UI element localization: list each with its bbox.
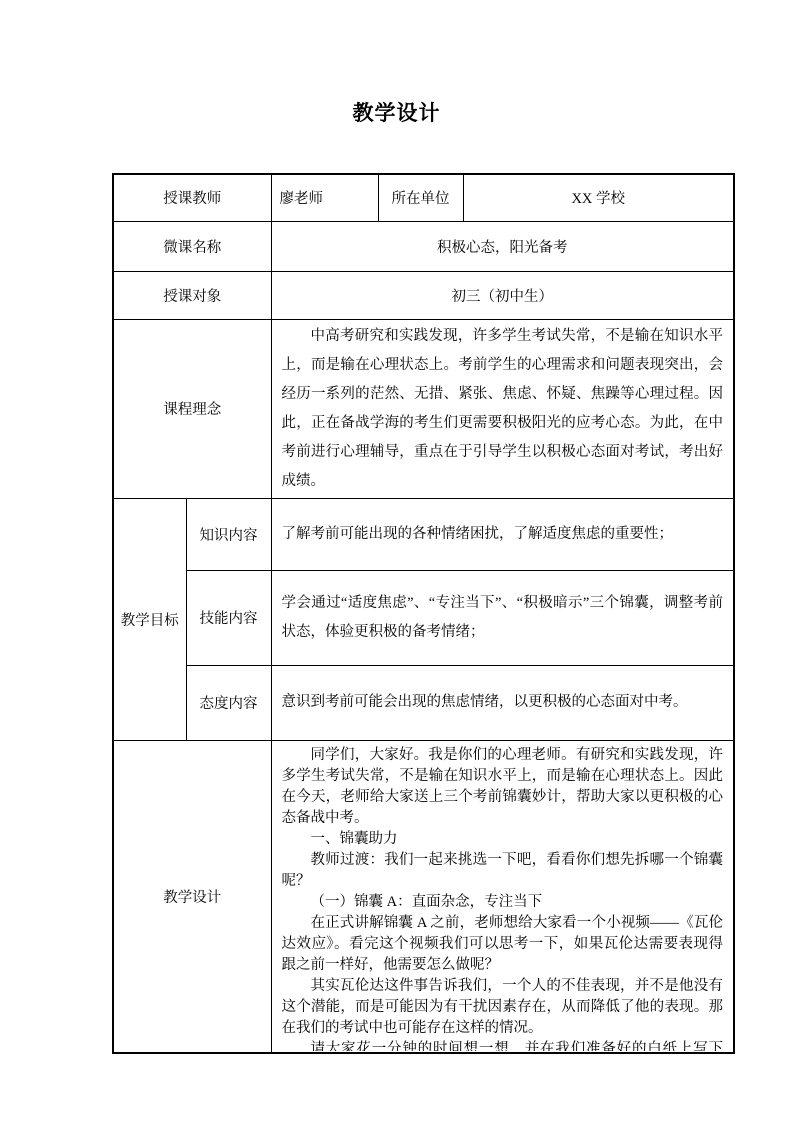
row-objective-attitude: 态度内容 意识到考前可能会出现的焦虑情绪，以更积极的心态面对中考。 — [113, 665, 734, 740]
philosophy-text: 中高考研究和实践发现，许多学生考试失常，不是输在知识水平上，而是输在心理状态上。… — [282, 322, 724, 496]
design-text-block: 同学们，大家好。我是你们的心理老师。有研究和实践发现，许多学生考试失常，不是输在… — [282, 745, 724, 1051]
lesson-plan-table: 授课教师 廖老师 所在单位 XX 学校 微课名称 积极心态，阳光备考 授课对象 … — [112, 173, 735, 1054]
design-paragraph: 同学们，大家好。我是你们的心理老师。有研究和实践发现，许多学生考试失常，不是输在… — [282, 745, 724, 829]
design-paragraph: 请大家花一分钟的时间想一想，并在我们准备好的白纸上写下来，自己在考前有出现什么样… — [282, 1039, 724, 1051]
teacher-label: 授课教师 — [113, 174, 271, 221]
audience-label: 授课对象 — [113, 271, 271, 319]
row-course-name: 微课名称 积极心态，阳光备考 — [113, 221, 734, 271]
design-paragraph: 一、锦囊助力 — [282, 829, 724, 850]
design-label: 教学设计 — [113, 740, 271, 1053]
skill-label: 技能内容 — [186, 570, 271, 665]
philosophy-text-cell: 中高考研究和实践发现，许多学生考试失常，不是输在知识水平上，而是输在心理状态上。… — [271, 319, 734, 498]
skill-value: 学会通过“适度焦虑”、“专注当下”、“积极暗示”三个锦囊，调整考前状态，体验更积… — [271, 570, 734, 665]
page-title: 教学设计 — [0, 97, 793, 127]
design-paragraph: （一）锦囊 A：直面杂念，专注当下 — [282, 892, 724, 913]
row-design: 教学设计 同学们，大家好。我是你们的心理老师。有研究和实践发现，许多学生考试失常… — [113, 740, 734, 1053]
course-name-label: 微课名称 — [113, 221, 271, 271]
audience-value: 初三（初中生） — [271, 271, 734, 319]
unit-label: 所在单位 — [378, 174, 463, 221]
design-paragraph: 教师过渡：我们一起来挑选一下吧，看看你们想先拆哪一个锦囊呢？ — [282, 850, 724, 892]
attitude-label: 态度内容 — [186, 665, 271, 740]
row-audience: 授课对象 初三（初中生） — [113, 271, 734, 319]
row-teacher: 授课教师 廖老师 所在单位 XX 学校 — [113, 174, 734, 221]
attitude-value: 意识到考前可能会出现的焦虑情绪，以更积极的心态面对中考。 — [271, 665, 734, 740]
design-paragraph: 其实瓦伦达这件事告诉我们，一个人的不佳表现，并不是他没有这个潜能，而是可能因为有… — [282, 976, 724, 1039]
design-text-cell: 同学们，大家好。我是你们的心理老师。有研究和实践发现，许多学生考试失常，不是输在… — [271, 740, 734, 1053]
objectives-label: 教学目标 — [113, 498, 186, 740]
course-name-value: 积极心态，阳光备考 — [271, 221, 734, 271]
row-philosophy: 课程理念 中高考研究和实践发现，许多学生考试失常，不是输在知识水平上，而是输在心… — [113, 319, 734, 498]
row-objective-knowledge: 教学目标 知识内容 了解考前可能出现的各种情绪困扰，了解适度焦虑的重要性； — [113, 498, 734, 570]
philosophy-label: 课程理念 — [113, 319, 271, 498]
knowledge-value: 了解考前可能出现的各种情绪困扰，了解适度焦虑的重要性； — [271, 498, 734, 570]
unit-value: XX 学校 — [463, 174, 734, 221]
document-page: { "page": { "title": "教学设计" }, "table": … — [0, 0, 793, 1122]
design-paragraph: 在正式讲解锦囊 A 之前，老师想给大家看一个小视频——《瓦伦达效应》。看完这个视… — [282, 913, 724, 976]
row-objective-skill: 技能内容 学会通过“适度焦虑”、“专注当下”、“积极暗示”三个锦囊，调整考前状态… — [113, 570, 734, 665]
teacher-name: 廖老师 — [271, 174, 378, 221]
knowledge-label: 知识内容 — [186, 498, 271, 570]
